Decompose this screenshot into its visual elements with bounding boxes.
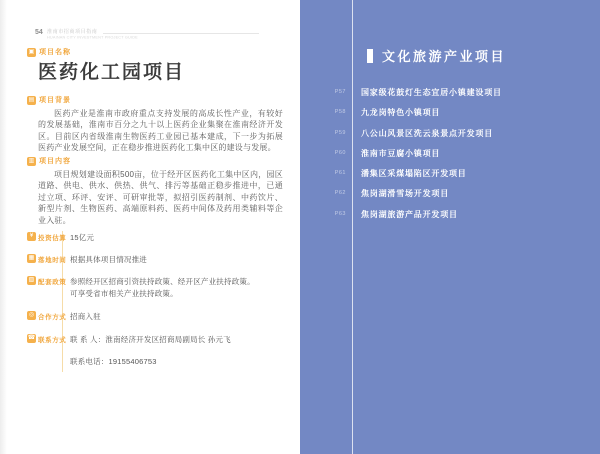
doc-subtitle: HUAINAN CITY INVESTMENT PROJECT GUIDE <box>47 35 138 39</box>
toc-item: P58 九龙岗特色小镇项目 <box>300 102 600 122</box>
detail-label: 落地时间 <box>38 255 66 264</box>
detail-value: 招商入驻 <box>70 311 285 323</box>
toc-title: 文化旅游产业项目 <box>382 46 506 65</box>
toc-page-ref: P62 <box>300 190 346 196</box>
phone-icon: ☎ <box>27 334 36 343</box>
toc-item-title: 潘集区采煤塌陷区开发项目 <box>361 168 467 179</box>
toc-item-title: 八公山风景区洗云泉景点开发项目 <box>361 128 493 139</box>
picture-icon: ▤ <box>27 96 36 105</box>
page-edge-shadow <box>0 0 7 454</box>
section-label: 项目内容 <box>39 156 71 166</box>
document-icon: ▥ <box>27 157 36 166</box>
toc-item: P62 焦岗湖滑雪场开发项目 <box>300 183 600 203</box>
right-panel: 文化旅游产业项目 P57 国家级花鼓灯生态宜居小镇建设项目 P58 九龙岗特色小… <box>300 0 600 454</box>
project-title: 医药化工园项目 <box>38 57 185 84</box>
detail-value: 联 系 人：淮南经济开发区招商局副局长 孙元飞 联系电话：19155406753 <box>70 334 285 368</box>
detail-value: 15亿元 <box>70 232 285 244</box>
toc-item-title: 国家级花鼓灯生态宜居小镇建设项目 <box>361 87 502 98</box>
toc-page-ref: P61 <box>300 170 346 176</box>
page-number: 54 <box>35 29 43 36</box>
toc-page-ref: P59 <box>300 130 346 136</box>
detail-value-line1: 参照经开区招商引资扶持政策、经开区产业扶持政策。 <box>70 277 255 286</box>
title-bar-icon <box>367 49 373 63</box>
doc-title: 淮南市招商项目指南 <box>47 28 97 35</box>
toc-page-ref: P63 <box>300 211 346 217</box>
left-page: 54 淮南市招商项目指南 HUAINAN CITY INVESTMENT PRO… <box>0 0 300 454</box>
toc-item: P61 潘集区采煤塌陷区开发项目 <box>300 163 600 183</box>
toc-item: P60 淮南市豆腐小镇项目 <box>300 143 600 163</box>
content-paragraph: 项目规划建设面积500亩，位于经开区医药化工集中区内，园区道路、供电、供水、供热… <box>38 169 283 226</box>
detail-value: 根据具体项目情况推进 <box>70 254 285 266</box>
ribbon-icon: ▣ <box>27 48 36 57</box>
toc-item: P63 焦岗湖旅游产品开发项目 <box>300 204 600 224</box>
toc-page-ref: P57 <box>300 89 346 95</box>
toc-title-block: 文化旅游产业项目 <box>367 46 506 65</box>
policy-icon: ▧ <box>27 276 36 285</box>
contact-phone: 联系电话：19155406753 <box>70 356 285 368</box>
toc-item: P59 八公山风景区洗云泉景点开发项目 <box>300 123 600 143</box>
section-label: 项目背景 <box>39 95 71 105</box>
toc-item-title: 九龙岗特色小镇项目 <box>361 107 440 118</box>
coin-icon: ¥ <box>27 232 36 241</box>
page-spread: 54 淮南市招商项目指南 HUAINAN CITY INVESTMENT PRO… <box>0 0 600 454</box>
detail-label: 联系方式 <box>38 335 66 344</box>
toc-list: P57 国家级花鼓灯生态宜居小镇建设项目 P58 九龙岗特色小镇项目 P59 八… <box>300 82 600 224</box>
toc-page-ref: P60 <box>300 150 346 156</box>
detail-label: 合作方式 <box>38 312 66 321</box>
detail-label: 投资估算 <box>38 233 66 242</box>
section-background: ▤ 项目背景 <box>27 95 71 105</box>
contact-person: 联 系 人：淮南经济开发区招商局副局长 孙元飞 <box>70 335 231 344</box>
detail-divider-line <box>62 231 63 372</box>
toc-item-title: 焦岗湖滑雪场开发项目 <box>361 188 449 199</box>
calendar-icon: ▦ <box>27 254 36 263</box>
toc-item: P57 国家级花鼓灯生态宜居小镇建设项目 <box>300 82 600 102</box>
toc-page-ref: P58 <box>300 109 346 115</box>
section-content: ▥ 项目内容 <box>27 156 71 166</box>
toc-item-title: 淮南市豆腐小镇项目 <box>361 148 440 159</box>
detail-label: 配套政策 <box>38 277 66 286</box>
detail-value: 参照经开区招商引资扶持政策、经开区产业扶持政策。 可享受省市相关产业扶持政策。 <box>70 276 285 300</box>
toc-separator-line <box>352 0 353 454</box>
header-rule <box>103 33 259 34</box>
section-project-name: ▣ 项目名称 <box>27 47 71 57</box>
background-paragraph: 医药产业是淮南市政府重点支持发展的高成长性产业，有较好的发展基础，淮南市百分之九… <box>38 108 283 154</box>
toc-item-title: 焦岗湖旅游产品开发项目 <box>361 209 458 220</box>
detail-value-line2: 可享受省市相关产业扶持政策。 <box>70 288 285 300</box>
section-label: 项目名称 <box>39 47 71 57</box>
handshake-icon: ◎ <box>27 311 36 320</box>
